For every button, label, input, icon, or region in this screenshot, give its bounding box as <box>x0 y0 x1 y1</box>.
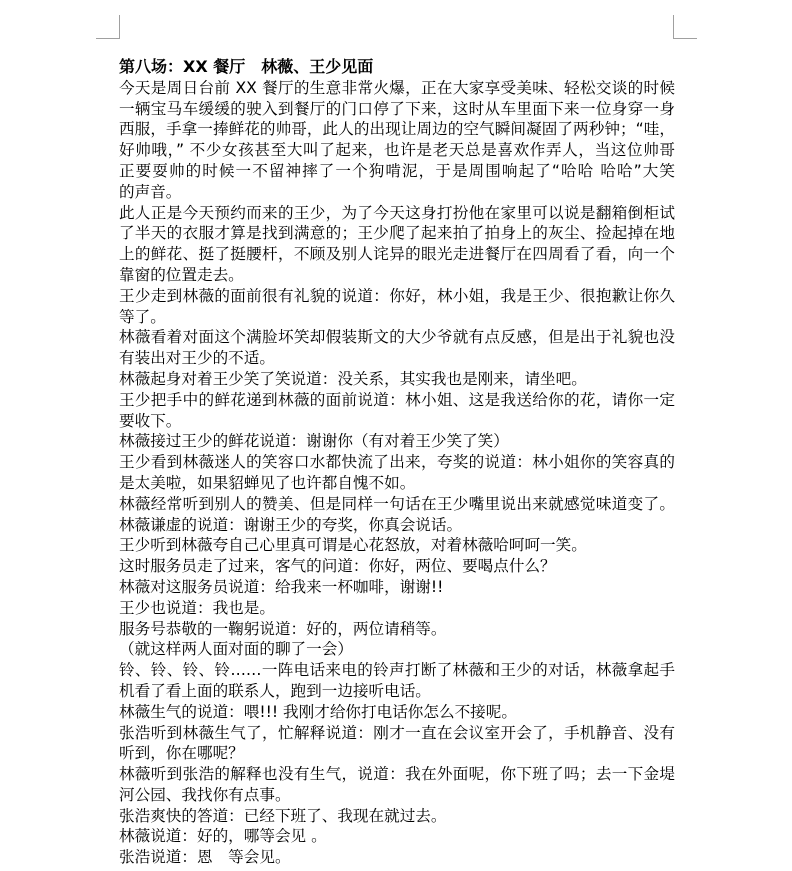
text-line: 王少也说道：我也是。 <box>119 598 675 619</box>
text-line: 林薇经常听到别人的赞美、但是同样一句话在王少嘴里说出来就感觉味道变了。 <box>119 494 675 515</box>
text-line: 林薇起身对着王少笑了笑说道：没关系，其实我也是刚来，请坐吧。 <box>119 369 675 390</box>
text-line: 林薇听到张浩的解释也没有生气，说道：我在外面呢，你下班了吗；去一下金堤 <box>119 764 675 785</box>
text-line: 今天是周日台前 XX 餐厅的生意非常火爆，正在大家享受美味、轻松交谈的时候 <box>119 78 675 99</box>
text-line: 机看了看上面的联系人，跑到一边接听电话。 <box>119 681 675 702</box>
text-line: 这时服务员走了过来，客气的问道：你好，两位、要喝点什么？ <box>119 556 675 577</box>
text-line: 张浩说道：恩 等会见。 <box>119 847 675 868</box>
text-line: 林薇说道：好的，哪等会见 。 <box>119 826 675 847</box>
page-corner-mark-right <box>673 15 697 39</box>
text-line: 此人正是今天预约而来的王少，为了今天这身打扮他在家里可以说是翻箱倒柜试 <box>119 203 675 224</box>
text-line: 铃、铃、铃、铃……一阵电话来电的铃声打断了林薇和王少的对话，林薇拿起手 <box>119 660 675 681</box>
text-line: 正要耍帅的时候一不留神摔了一个狗啃泥，于是周围响起了“哈哈 哈哈”大笑 <box>119 161 675 182</box>
text-line: 一辆宝马车缓缓的驶入到餐厅的门口停了下来，这时从车里面下来一位身穿一身 <box>119 99 675 120</box>
scene-title: 第八场：XX 餐厅 林薇、王少见面 <box>119 57 675 78</box>
text-line: 林薇接过王少的鲜花说道：谢谢你（有对着王少笑了笑） <box>119 431 675 452</box>
text-line: 听到，你在哪呢？ <box>119 743 675 764</box>
text-line: 王少走到林薇的面前很有礼貌的说道：你好，林小姐，我是王少、很抱歉让你久 <box>119 286 675 307</box>
document-body: 今天是周日台前 XX 餐厅的生意非常火爆，正在大家享受美味、轻松交谈的时候一辆宝… <box>119 78 675 868</box>
text-line: 服务号恭敬的一鞠躬说道：好的，两位请稍等。 <box>119 619 675 640</box>
text-line: 张浩爽快的答道：已经下班了、我现在就过去。 <box>119 806 675 827</box>
text-line: 林薇看着对面这个满脸坏笑却假装斯文的大少爷就有点反感，但是出于礼貌也没 <box>119 327 675 348</box>
text-line: 要收下。 <box>119 411 675 432</box>
text-line: 上的鲜花、挺了挺腰杆，不顾及别人诧异的眼光走进餐厅在四周看了看，向一个 <box>119 244 675 265</box>
text-line: 河公园、我找你有点事。 <box>119 785 675 806</box>
text-line: 西服，手拿一捧鲜花的帅哥，此人的出现让周边的空气瞬间凝固了两秒钟；“哇， <box>119 119 675 140</box>
text-line: 王少看到林薇迷人的笑容口水都快流了出来，夸奖的说道：林小姐你的笑容真的 <box>119 452 675 473</box>
text-line: 靠窗的位置走去。 <box>119 265 675 286</box>
text-line: 是太美啦，如果貂蝉见了也许都自愧不如。 <box>119 473 675 494</box>
text-line: 好帅哦，” 不少女孩甚至大叫了起来，也许是老天总是喜欢作弄人，当这位帅哥 <box>119 140 675 161</box>
text-line: 了半天的衣服才算是找到满意的；王少爬了起来拍了拍身上的灰尘、捡起掉在地 <box>119 223 675 244</box>
page-corner-mark-left <box>96 15 120 39</box>
document-page: 第八场：XX 餐厅 林薇、王少见面 今天是周日台前 XX 餐厅的生意非常火爆，正… <box>119 57 675 868</box>
text-line: 张浩听到林薇生气了，忙解释说道：刚才一直在会议室开会了，手机静音、没有 <box>119 723 675 744</box>
text-line: （就这样两人面对面的聊了一会） <box>119 639 675 660</box>
text-line: 王少听到林薇夸自己心里真可谓是心花怒放，对着林薇哈呵呵一笑。 <box>119 535 675 556</box>
text-line: 等了。 <box>119 307 675 328</box>
text-line: 林薇谦虚的说道：谢谢王少的夸奖，你真会说话。 <box>119 515 675 536</box>
text-line: 林薇生气的说道：喂!!! 我刚才给你打电话你怎么不接呢。 <box>119 702 675 723</box>
text-line: 王少把手中的鲜花递到林薇的面前说道：林小姐、这是我送给你的花，请你一定 <box>119 390 675 411</box>
text-line: 有装出对王少的不适。 <box>119 348 675 369</box>
text-line: 的声音。 <box>119 182 675 203</box>
text-line: 林薇对这服务员说道：给我来一杯咖啡，谢谢!! <box>119 577 675 598</box>
